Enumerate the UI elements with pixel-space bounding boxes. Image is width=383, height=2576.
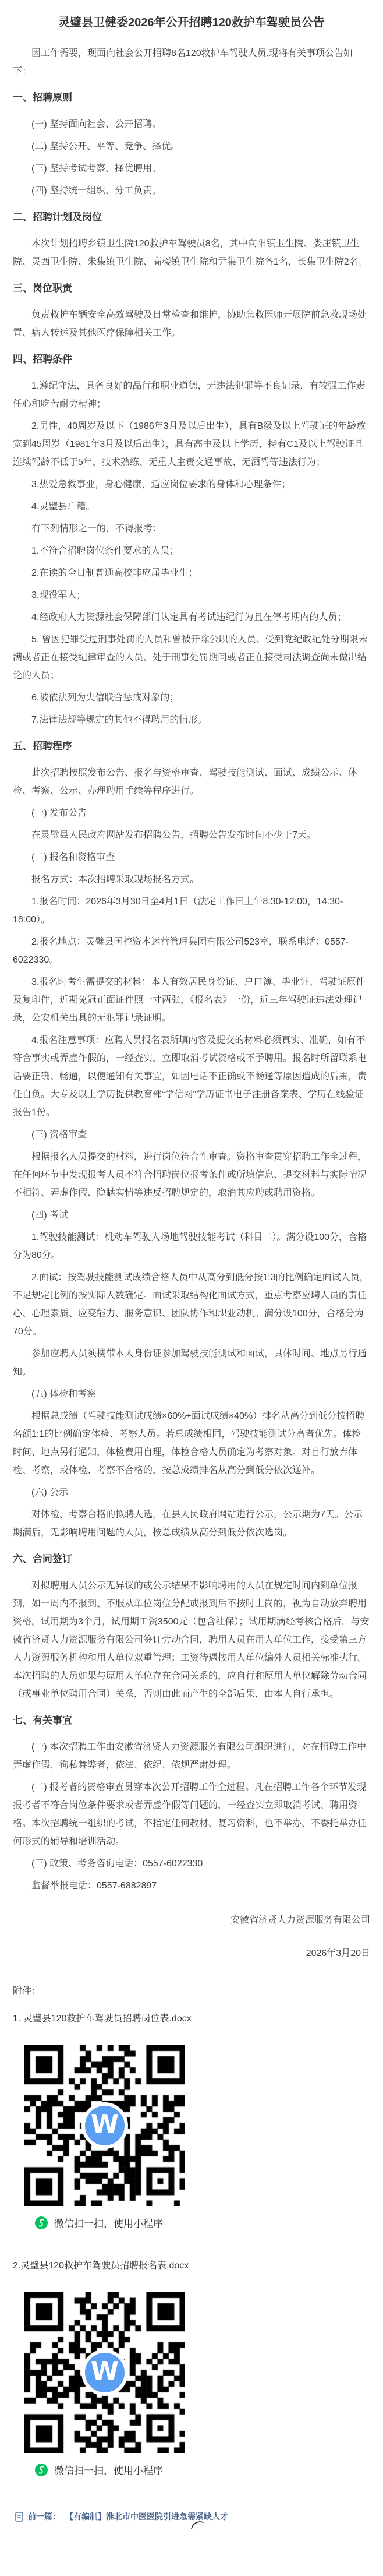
stray-mark bbox=[190, 2520, 205, 2529]
paragraph: 1.驾驶技能测试：机动车驾驶人场地驾驶技能考试（科目二）。满分设100分，合格分… bbox=[13, 1228, 370, 1264]
paragraph: (四) 考试 bbox=[13, 1206, 370, 1224]
prev-post-label: 前一篇： bbox=[28, 2511, 61, 2522]
signature-date: 2026年3月20日 bbox=[13, 1944, 370, 1962]
paragraph: (三) 政策、考务咨询电话：0557-6022330 bbox=[13, 1855, 370, 1873]
paragraph: (二) 报名和资格审查 bbox=[13, 848, 370, 866]
paragraph: 此次招聘按照发布公告、报名与资格审查、驾驶技能测试、面试、成绩公示、体检、考察、… bbox=[13, 764, 370, 800]
paragraph: 4.报名注意事项：应聘人员报名表所填内容及提交的材料必须真实、准确，如有不符合事… bbox=[13, 1031, 370, 1122]
qr-code: W bbox=[24, 2045, 185, 2206]
paragraph: 2.在读的全日制普通高校非应届毕业生； bbox=[13, 564, 370, 582]
paragraph: 3.报名时考生需提交的材料：本人有效居民身份证、户口簿、毕业证、驾驶证原件及复印… bbox=[13, 973, 370, 1027]
signature-org: 安徽省济贤人力资源服务有限公司 bbox=[13, 1911, 370, 1929]
paragraph: 在灵璧县人民政府网站发布招聘公告，招聘公告发布时间不少于7天。 bbox=[13, 826, 370, 844]
paragraph: 监督举报电话：0557-6882897 bbox=[13, 1877, 370, 1895]
paragraph: 4.灵璧县户籍。 bbox=[13, 498, 370, 516]
paragraph: 对体检、考察合格的拟聘人选，在县人民政府网站进行公示，公示期为7天。公示期满后，… bbox=[13, 1506, 370, 1542]
wps-form-logo: W bbox=[81, 2349, 128, 2396]
wps-form-logo: W bbox=[81, 2102, 128, 2149]
paragraph: (三) 资格审查 bbox=[13, 1126, 370, 1144]
paragraph: 7.法律法规等规定的其他不得聘用的情形。 bbox=[13, 711, 370, 729]
paragraph: (三) 坚持考试考察、择优聘用。 bbox=[13, 160, 370, 178]
attachments-section: 1. 灵璧县120救护车驾驶员招聘岗位表.docxW微信扫一扫，使用小程序2.灵… bbox=[13, 2010, 370, 2477]
wechat-miniprogram-icon bbox=[35, 2216, 48, 2229]
section-heading: 二、招聘计划及岗位 bbox=[13, 209, 370, 225]
paragraph: (一) 发布公告 bbox=[13, 804, 370, 822]
section-heading: 五、招聘程序 bbox=[13, 738, 370, 755]
paragraph: 3.现役军人； bbox=[13, 586, 370, 604]
signature-block: 安徽省济贤人力资源服务有限公司 2026年3月20日 bbox=[13, 1911, 370, 1962]
paragraph: 因工作需要，现面向社会公开招聘8名120救护车驾驶人员,现将有关事项公告如下： bbox=[13, 44, 370, 80]
paragraph: 负责救护车辆安全高效驾驶及日常检查和维护，协助急救医师开展院前急救现场处置、病人… bbox=[13, 306, 370, 342]
paragraph: 1.报名时间：2026年3月30日至4月1日（法定工作日上午8:30-12:00… bbox=[13, 893, 370, 929]
wechat-scan-caption: 微信扫一扫，使用小程序 bbox=[35, 2215, 370, 2230]
wechat-scan-caption: 微信扫一扫，使用小程序 bbox=[35, 2462, 370, 2477]
document-icon bbox=[15, 2512, 23, 2522]
qr-code: W bbox=[24, 2292, 185, 2453]
paragraph: 4.经政府人力资源社会保障部门认定具有考试违纪行为且在停考期内的人员； bbox=[13, 608, 370, 626]
section-heading: 六、合同签订 bbox=[13, 1551, 370, 1567]
section-heading: 四、招聘条件 bbox=[13, 351, 370, 368]
paragraph: (一) 坚持面向社会、公开招聘。 bbox=[13, 115, 370, 133]
paragraph: 1.遵纪守法，具备良好的品行和职业道德，无违法犯罪等不良记录，有较强工作责任心和… bbox=[13, 377, 370, 413]
paragraph: 2.报名地点：灵璧县国控资本运营管理集团有限公司523室，联系电话：0557-6… bbox=[13, 933, 370, 969]
paragraph: 3.热爱急救事业，身心健康，适应岗位要求的身体和心理条件； bbox=[13, 475, 370, 494]
paragraph: 本次计划招聘乡镇卫生院120救护车驾驶员8名，其中向阳镇卫生院、娄庄镇卫生院、灵… bbox=[13, 235, 370, 271]
paragraph: (五) 体检和考察 bbox=[13, 1385, 370, 1403]
attachment-filename: 2.灵璧县120救护车驾驶员招聘报名表.docx bbox=[13, 2257, 370, 2275]
wechat-scan-text: 微信扫一扫，使用小程序 bbox=[54, 2462, 163, 2477]
paragraph: 根据总成绩（驾驶技能测试成绩×60%+面试成绩×40%）排名从高分到低分按招聘名… bbox=[13, 1407, 370, 1479]
paragraph: 6.被依法列为失信联合惩戒对象的； bbox=[13, 689, 370, 707]
paragraph: 参加应聘人员须携带本人身份证参加驾驶技能测试和面试，具体时间、地点另行通知。 bbox=[13, 1345, 370, 1381]
attachment-filename: 1. 灵璧县120救护车驾驶员招聘岗位表.docx bbox=[13, 2010, 370, 2028]
paragraph: (一) 本次招聘工作由安徽省济贤人力资源服务有限公司组织进行，对在招聘工作中弄虚… bbox=[13, 1738, 370, 1774]
paragraph: (二) 坚持公开、平等、竞争、择优。 bbox=[13, 138, 370, 156]
paragraph: (六) 公示 bbox=[13, 1483, 370, 1502]
paragraph: 2.男性，40周岁及以下（1986年3月及以后出生），具有B级及以上驾驶证的年龄… bbox=[13, 417, 370, 471]
section-heading: 一、招聘原则 bbox=[13, 90, 370, 106]
page-title: 灵璧县卫健委2026年公开招聘120救护车驾驶员公告 bbox=[13, 14, 370, 31]
prev-post-nav: 前一篇： 【有编制】淮北市中医医院引进急需紧缺人才 bbox=[15, 2511, 370, 2522]
section-heading: 三、岗位职责 bbox=[13, 280, 370, 297]
paragraph: 根据报名人员提交的材料，进行岗位符合性审查。资格审查贯穿招聘工作全过程，在任何环… bbox=[13, 1148, 370, 1202]
paragraph: 1.不符合招聘岗位条件要求的人员； bbox=[13, 542, 370, 560]
paragraph: 对拟聘用人员公示无异议的或公示结果不影响聘用的人员在规定时间内到单位报到，如一周… bbox=[13, 1577, 370, 1703]
attachments-label: 附件： bbox=[13, 1982, 370, 2000]
wechat-scan-text: 微信扫一扫，使用小程序 bbox=[54, 2215, 163, 2230]
paragraph: 2.面试：按驾驶技能测试成绩合格人员中从高分到低分按1:3的比例确定面试人员，不… bbox=[13, 1268, 370, 1341]
section-heading: 七、有关事宜 bbox=[13, 1712, 370, 1729]
announcement-body: 因工作需要，现面向社会公开招聘8名120救护车驾驶人员,现将有关事项公告如下：一… bbox=[13, 44, 370, 1895]
paragraph: 5. 曾因犯罪受过刑事处罚的人员和曾被开除公职的人员、受到党纪政纪处分期限未满或… bbox=[13, 630, 370, 685]
paragraph: 有下列情形之一的，不得报考： bbox=[13, 520, 370, 538]
paragraph: 报名方式：本次招聘采取现场报名方式。 bbox=[13, 871, 370, 889]
announcement-page: 灵璧县卫健委2026年公开招聘120救护车驾驶员公告 因工作需要，现面向社会公开… bbox=[0, 0, 383, 2532]
wechat-miniprogram-icon bbox=[35, 2464, 48, 2476]
paragraph: (二) 报考者的资格审查贯穿本次公开招聘工作全过程。凡在招聘工作各个环节发现报考… bbox=[13, 1778, 370, 1851]
paragraph: (四) 坚持统一组织、分工负责。 bbox=[13, 182, 370, 200]
